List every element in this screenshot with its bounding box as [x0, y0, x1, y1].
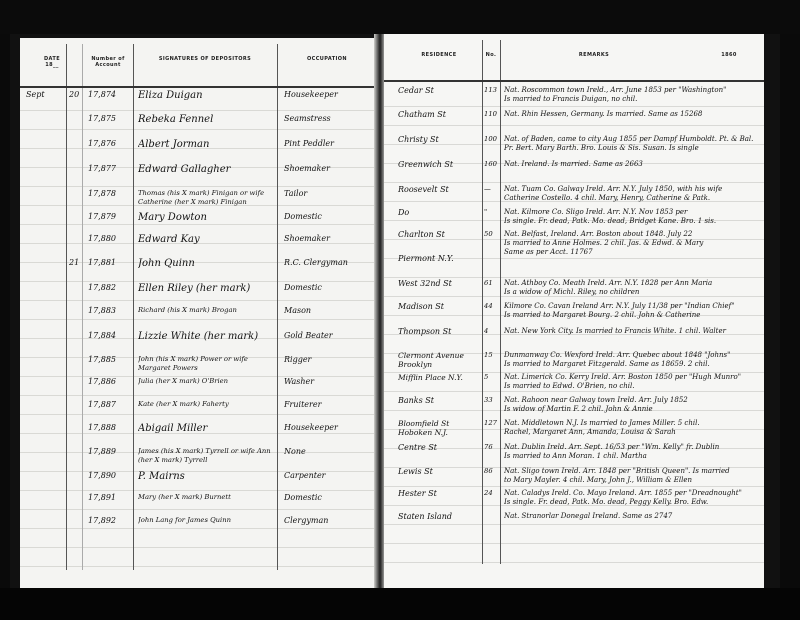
header-rule	[384, 80, 764, 82]
residence: Thompson St	[398, 327, 480, 336]
residence: Cedar St	[398, 86, 480, 95]
remark-line: Nat. Middletown N.J. Is married to James…	[504, 419, 756, 427]
residence-number: 160	[484, 160, 499, 168]
header-remarks: REMARKS	[524, 52, 664, 58]
residence: Mifflin Place N.Y.	[398, 373, 480, 382]
residence-number: 15	[484, 351, 499, 359]
residence: Do	[398, 208, 480, 217]
depositor-signature: Edward Gallagher	[138, 164, 274, 175]
depositor-signature: Albert Jorman	[138, 139, 274, 150]
occupation: Shoemaker	[284, 164, 372, 173]
residence: West 32nd St	[398, 279, 480, 288]
account-number: 17,883	[88, 306, 116, 315]
residence-number: 61	[484, 279, 499, 287]
remark-line: Is single. Fr. dead, Patk. Mo. dead, Peg…	[504, 498, 756, 506]
remark-line: Is married to Anne Holmes. 2 chil. Jas. …	[504, 239, 756, 247]
remark-line: Nat. Belfast, Ireland. Arr. Boston about…	[504, 230, 756, 238]
remark-line: Is a widow of Michl. Riley, no children	[504, 288, 756, 296]
account-number: 17,880	[88, 234, 116, 243]
header-date: DATE 18__	[38, 56, 66, 68]
remark-line: Nat. Stranorlar Donegal Ireland. Same as…	[504, 512, 756, 520]
remark-line: Nat. Rahoon near Galway town Ireld. Arr.…	[504, 396, 756, 404]
residence: Madison St	[398, 302, 480, 311]
remark-line: Catherine Costello. 4 chil. Mary, Henry,…	[504, 194, 756, 202]
header-residence: RESIDENCE	[404, 52, 474, 58]
residence: Bloomfield St Hoboken N.J.	[398, 419, 480, 437]
occupation: Fruiterer	[284, 400, 372, 409]
residence: Greenwich St	[398, 160, 480, 169]
residence-number: "	[484, 208, 499, 216]
residence: Roosevelt St	[398, 185, 480, 194]
remark-line: Nat. Tuam Co. Galway Ireld. Arr. N.Y. Ju…	[504, 185, 756, 193]
column-divider	[482, 40, 483, 564]
depositor-signature: Lizzie White (her mark)	[138, 331, 274, 342]
column-divider	[500, 40, 501, 564]
depositor-signature: Richard (his X mark) Brogan	[138, 306, 274, 315]
residence-number: 110	[484, 110, 499, 118]
residence-number: 50	[484, 230, 499, 238]
account-number: 17,881	[88, 258, 116, 267]
occupation: Domestic	[284, 283, 372, 292]
header-signatures: SIGNATURES OF DEPOSITORS	[140, 56, 270, 62]
occupation: Domestic	[284, 212, 372, 221]
residence: Hester St	[398, 489, 480, 498]
occupation: Washer	[284, 377, 372, 386]
remark-line: Is married to Ann Moran. 1 chil. Martha	[504, 452, 756, 460]
column-divider	[133, 44, 134, 570]
remark-line: Nat. Limerick Co. Kerry Ireld. Arr. Bost…	[504, 373, 756, 381]
remark-line: Nat. Ireland. Is married. Same as 2663	[504, 160, 756, 168]
remark-line: Nat. Athboy Co. Meath Ireld. Arr. N.Y. 1…	[504, 279, 756, 287]
right-page: RESIDENCE No. REMARKS 1860 Cedar St113Na…	[384, 34, 764, 594]
depositor-signature: John Lang for James Quinn	[138, 516, 274, 525]
header-year: 1860	[714, 52, 744, 58]
depositor-signature: James (his X mark) Tyrrell or wife Ann (…	[138, 447, 274, 465]
account-number: 17,886	[88, 377, 116, 386]
remark-line: Nat. Rhin Hessen, Germany. Is married. S…	[504, 110, 756, 118]
remark-line: Is widow of Martin F. 2 chil. John & Ann…	[504, 405, 756, 413]
depositor-signature: Rebeka Fennel	[138, 114, 274, 125]
entry-month: Sept	[26, 90, 45, 99]
occupation: Shoemaker	[284, 234, 372, 243]
account-number: 17,874	[88, 90, 116, 99]
remark-line: Is married to Margaret Bourg. 2 chil. Jo…	[504, 311, 756, 319]
residence: Clermont Avenue Brooklyn	[398, 351, 480, 369]
occupation: Gold Beater	[284, 331, 372, 340]
residence: Christy St	[398, 135, 480, 144]
residence-number: 76	[484, 443, 499, 451]
occupation: Domestic	[284, 493, 372, 502]
depositor-signature: P. Mairns	[138, 471, 274, 482]
residence-number: 127	[484, 419, 499, 427]
depositor-signature: Mary Dowton	[138, 212, 274, 223]
column-divider	[82, 44, 83, 570]
account-number: 17,884	[88, 331, 116, 340]
remark-line: Is married to Edwd. O'Brien, no chil.	[504, 382, 756, 390]
residence-number: 86	[484, 467, 499, 475]
remark-line: Kilmore Co. Cavan Ireland Arr. N.Y. July…	[504, 302, 756, 310]
header-rule	[20, 86, 376, 88]
remark-line: Is single. Fr. dead, Patk. Mo. dead, Bri…	[504, 217, 756, 225]
account-number: 17,877	[88, 164, 116, 173]
depositor-signature: John Quinn	[138, 258, 274, 269]
remark-line: Rachel, Margaret Ann, Amanda, Louisa & S…	[504, 428, 756, 436]
header-occupation: OCCUPATION	[282, 56, 372, 62]
scan-border-bottom	[0, 588, 800, 620]
depositor-signature: Eliza Duigan	[138, 90, 274, 101]
account-number: 17,888	[88, 423, 116, 432]
account-number: 17,889	[88, 447, 116, 456]
residence-number: 5	[484, 373, 499, 381]
depositor-signature: Thomas (his X mark) Finigan or wife Cath…	[138, 189, 274, 207]
account-number: 17,882	[88, 283, 116, 292]
residence: Banks St	[398, 396, 480, 405]
account-number: 17,890	[88, 471, 116, 480]
residence: Charlton St	[398, 230, 480, 239]
depositor-signature: Julia (her X mark) O'Brien	[138, 377, 274, 386]
depositor-signature: Edward Kay	[138, 234, 274, 245]
residence: Centre St	[398, 443, 480, 452]
remark-line: Nat. Roscommon town Ireld., Arr. June 18…	[504, 86, 756, 94]
ledger-book: DATE 18__ Number of Account SIGNATURES O…	[10, 34, 780, 600]
header-account-number: Number of Account	[86, 56, 130, 68]
occupation: Clergyman	[284, 516, 372, 525]
remark-line: Dunmanway Co. Wexford Ireld. Arr. Quebec…	[504, 351, 756, 359]
occupation: Rigger	[284, 355, 372, 364]
residence-number: —	[484, 185, 499, 193]
account-number: 17,887	[88, 400, 116, 409]
residence: Lewis St	[398, 467, 480, 476]
depositor-signature: Kate (her X mark) Faherty	[138, 400, 274, 409]
residence: Staten Island	[398, 512, 480, 521]
scan-border-top	[0, 0, 800, 34]
residence-number: 113	[484, 86, 499, 94]
remark-line: to Mary Mayler. 4 chil. Mary, John J., W…	[504, 476, 756, 484]
occupation: Carpenter	[284, 471, 372, 480]
remark-line: Pr. Bert. Mary Barth. Bro. Louis & Sis. …	[504, 144, 756, 152]
header-number: No.	[483, 52, 499, 58]
left-page: DATE 18__ Number of Account SIGNATURES O…	[20, 38, 376, 600]
remark-line: Is married to Francis Duigan, no chil.	[504, 95, 756, 103]
account-number: 17,885	[88, 355, 116, 364]
account-number: 17,879	[88, 212, 116, 221]
column-divider	[66, 44, 67, 570]
depositor-signature: John (his X mark) Power or wife Margaret…	[138, 355, 274, 373]
depositor-signature: Ellen Riley (her mark)	[138, 283, 274, 294]
remark-line: Nat. of Baden, came to city Aug 1855 per…	[504, 135, 756, 143]
entry-day: 20	[69, 90, 79, 99]
entry-day: 21	[69, 258, 79, 267]
column-divider	[277, 44, 278, 570]
remark-line: Nat. Dublin Ireld. Arr. Sept. 16/53 per …	[504, 443, 756, 451]
residence: Piermont N.Y.	[398, 254, 480, 263]
occupation: Tailor	[284, 189, 372, 198]
occupation: Housekeeper	[284, 423, 372, 432]
occupation: Seamstress	[284, 114, 372, 123]
remark-line: Nat. New York City. Is married to Franci…	[504, 327, 756, 335]
remark-line: Nat. Kilmore Co. Sligo Ireld. Arr. N.Y. …	[504, 208, 756, 216]
account-number: 17,878	[88, 189, 116, 198]
occupation: Pint Peddler	[284, 139, 372, 148]
residence-number: 4	[484, 327, 499, 335]
occupation: R.C. Clergyman	[284, 258, 372, 267]
depositor-signature: Abigail Miller	[138, 423, 274, 434]
occupation: Housekeeper	[284, 90, 372, 99]
residence-number: 44	[484, 302, 499, 310]
remark-line: Same as per Acct. 11767	[504, 248, 756, 256]
account-number: 17,875	[88, 114, 116, 123]
remark-line: Nat. Caladys Ireld. Co. Mayo Ireland. Ar…	[504, 489, 756, 497]
occupation: Mason	[284, 306, 372, 315]
occupation: None	[284, 447, 372, 456]
remark-line: Nat. Sligo town Ireld. Arr. 1848 per "Br…	[504, 467, 756, 475]
remark-line: Is married to Margaret Fitzgerald. Same …	[504, 360, 756, 368]
residence-number: 24	[484, 489, 499, 497]
account-number: 17,876	[88, 139, 116, 148]
residence-number: 33	[484, 396, 499, 404]
depositor-signature: Mary (her X mark) Burnett	[138, 493, 274, 502]
account-number: 17,892	[88, 516, 116, 525]
residence-number: 100	[484, 135, 499, 143]
account-number: 17,891	[88, 493, 116, 502]
residence: Chatham St	[398, 110, 480, 119]
